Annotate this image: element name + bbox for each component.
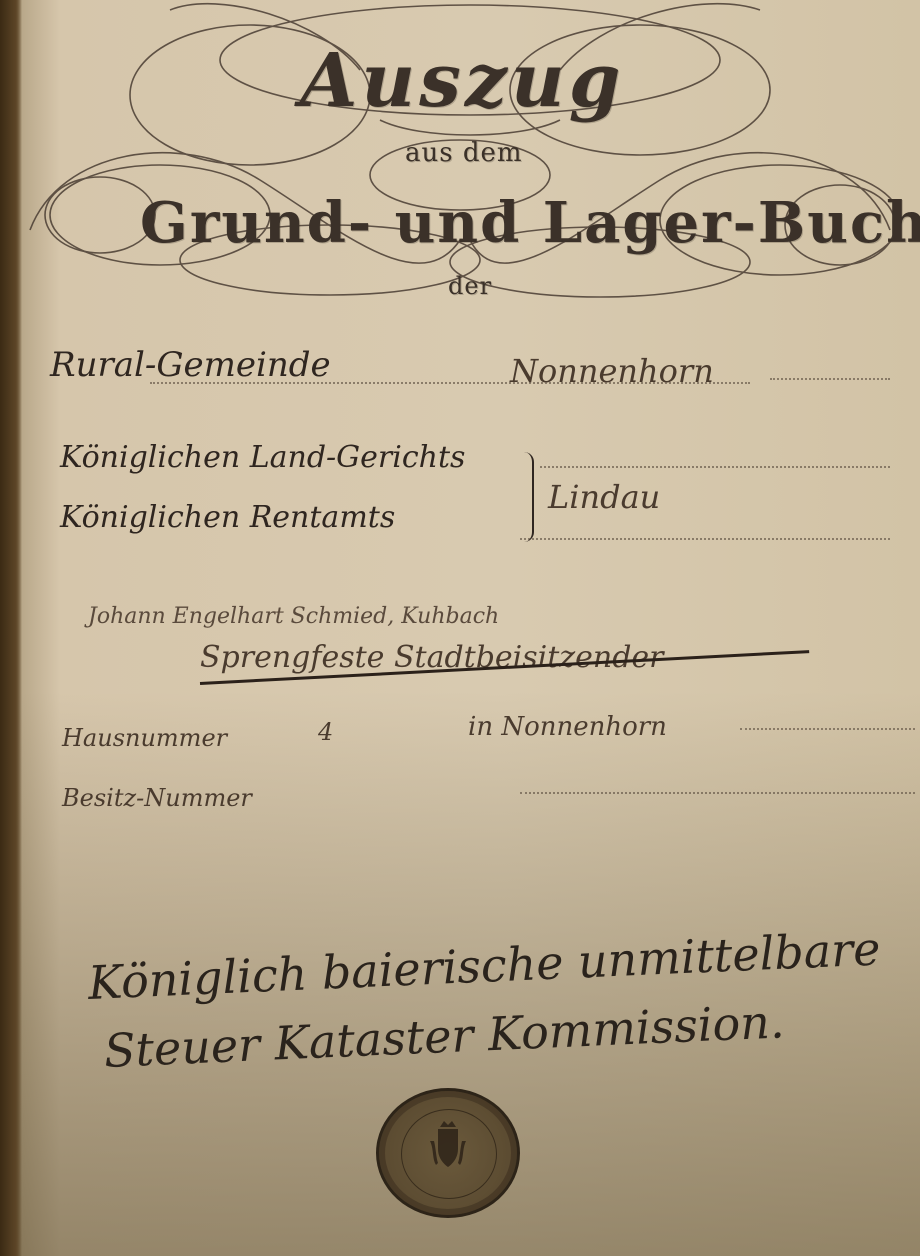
official-seal	[376, 1088, 520, 1218]
dotted-line	[740, 728, 915, 730]
title-book: Grund- und Lager-Buch	[140, 190, 920, 256]
owner-inserted-text: Johann Engelhart Schmied, Kuhbach	[88, 604, 499, 629]
document-title: Auszug	[300, 38, 624, 124]
title-of: der	[448, 272, 492, 300]
bracket	[518, 452, 534, 542]
dotted-line	[770, 378, 890, 380]
possession-number-label: Besitz-Nummer	[62, 784, 252, 812]
field-value-gemeinde: Nonnenhorn	[510, 352, 714, 390]
issuer-line-2: Steuer Kataster Kommission.	[103, 994, 786, 1078]
dotted-line	[540, 466, 890, 468]
field-label-landgericht: Königlichen Land-Gerichts	[60, 440, 465, 475]
house-number-label: Hausnummer	[62, 724, 227, 752]
title-from: aus dem	[405, 138, 523, 168]
field-label-rentamt: Königlichen Rentamts	[60, 500, 395, 535]
field-value-lindau: Lindau	[548, 478, 660, 516]
house-number-value: 4	[318, 718, 333, 746]
dotted-line	[520, 538, 890, 540]
dotted-line	[520, 792, 915, 794]
document-page: Auszug aus dem Grund- und Lager-Buch der…	[0, 0, 920, 1256]
field-label-gemeinde: Rural-Gemeinde	[50, 345, 331, 385]
dotted-line	[150, 382, 750, 384]
coat-of-arms-icon	[428, 1119, 468, 1171]
house-location: in Nonnenhorn	[468, 712, 667, 742]
